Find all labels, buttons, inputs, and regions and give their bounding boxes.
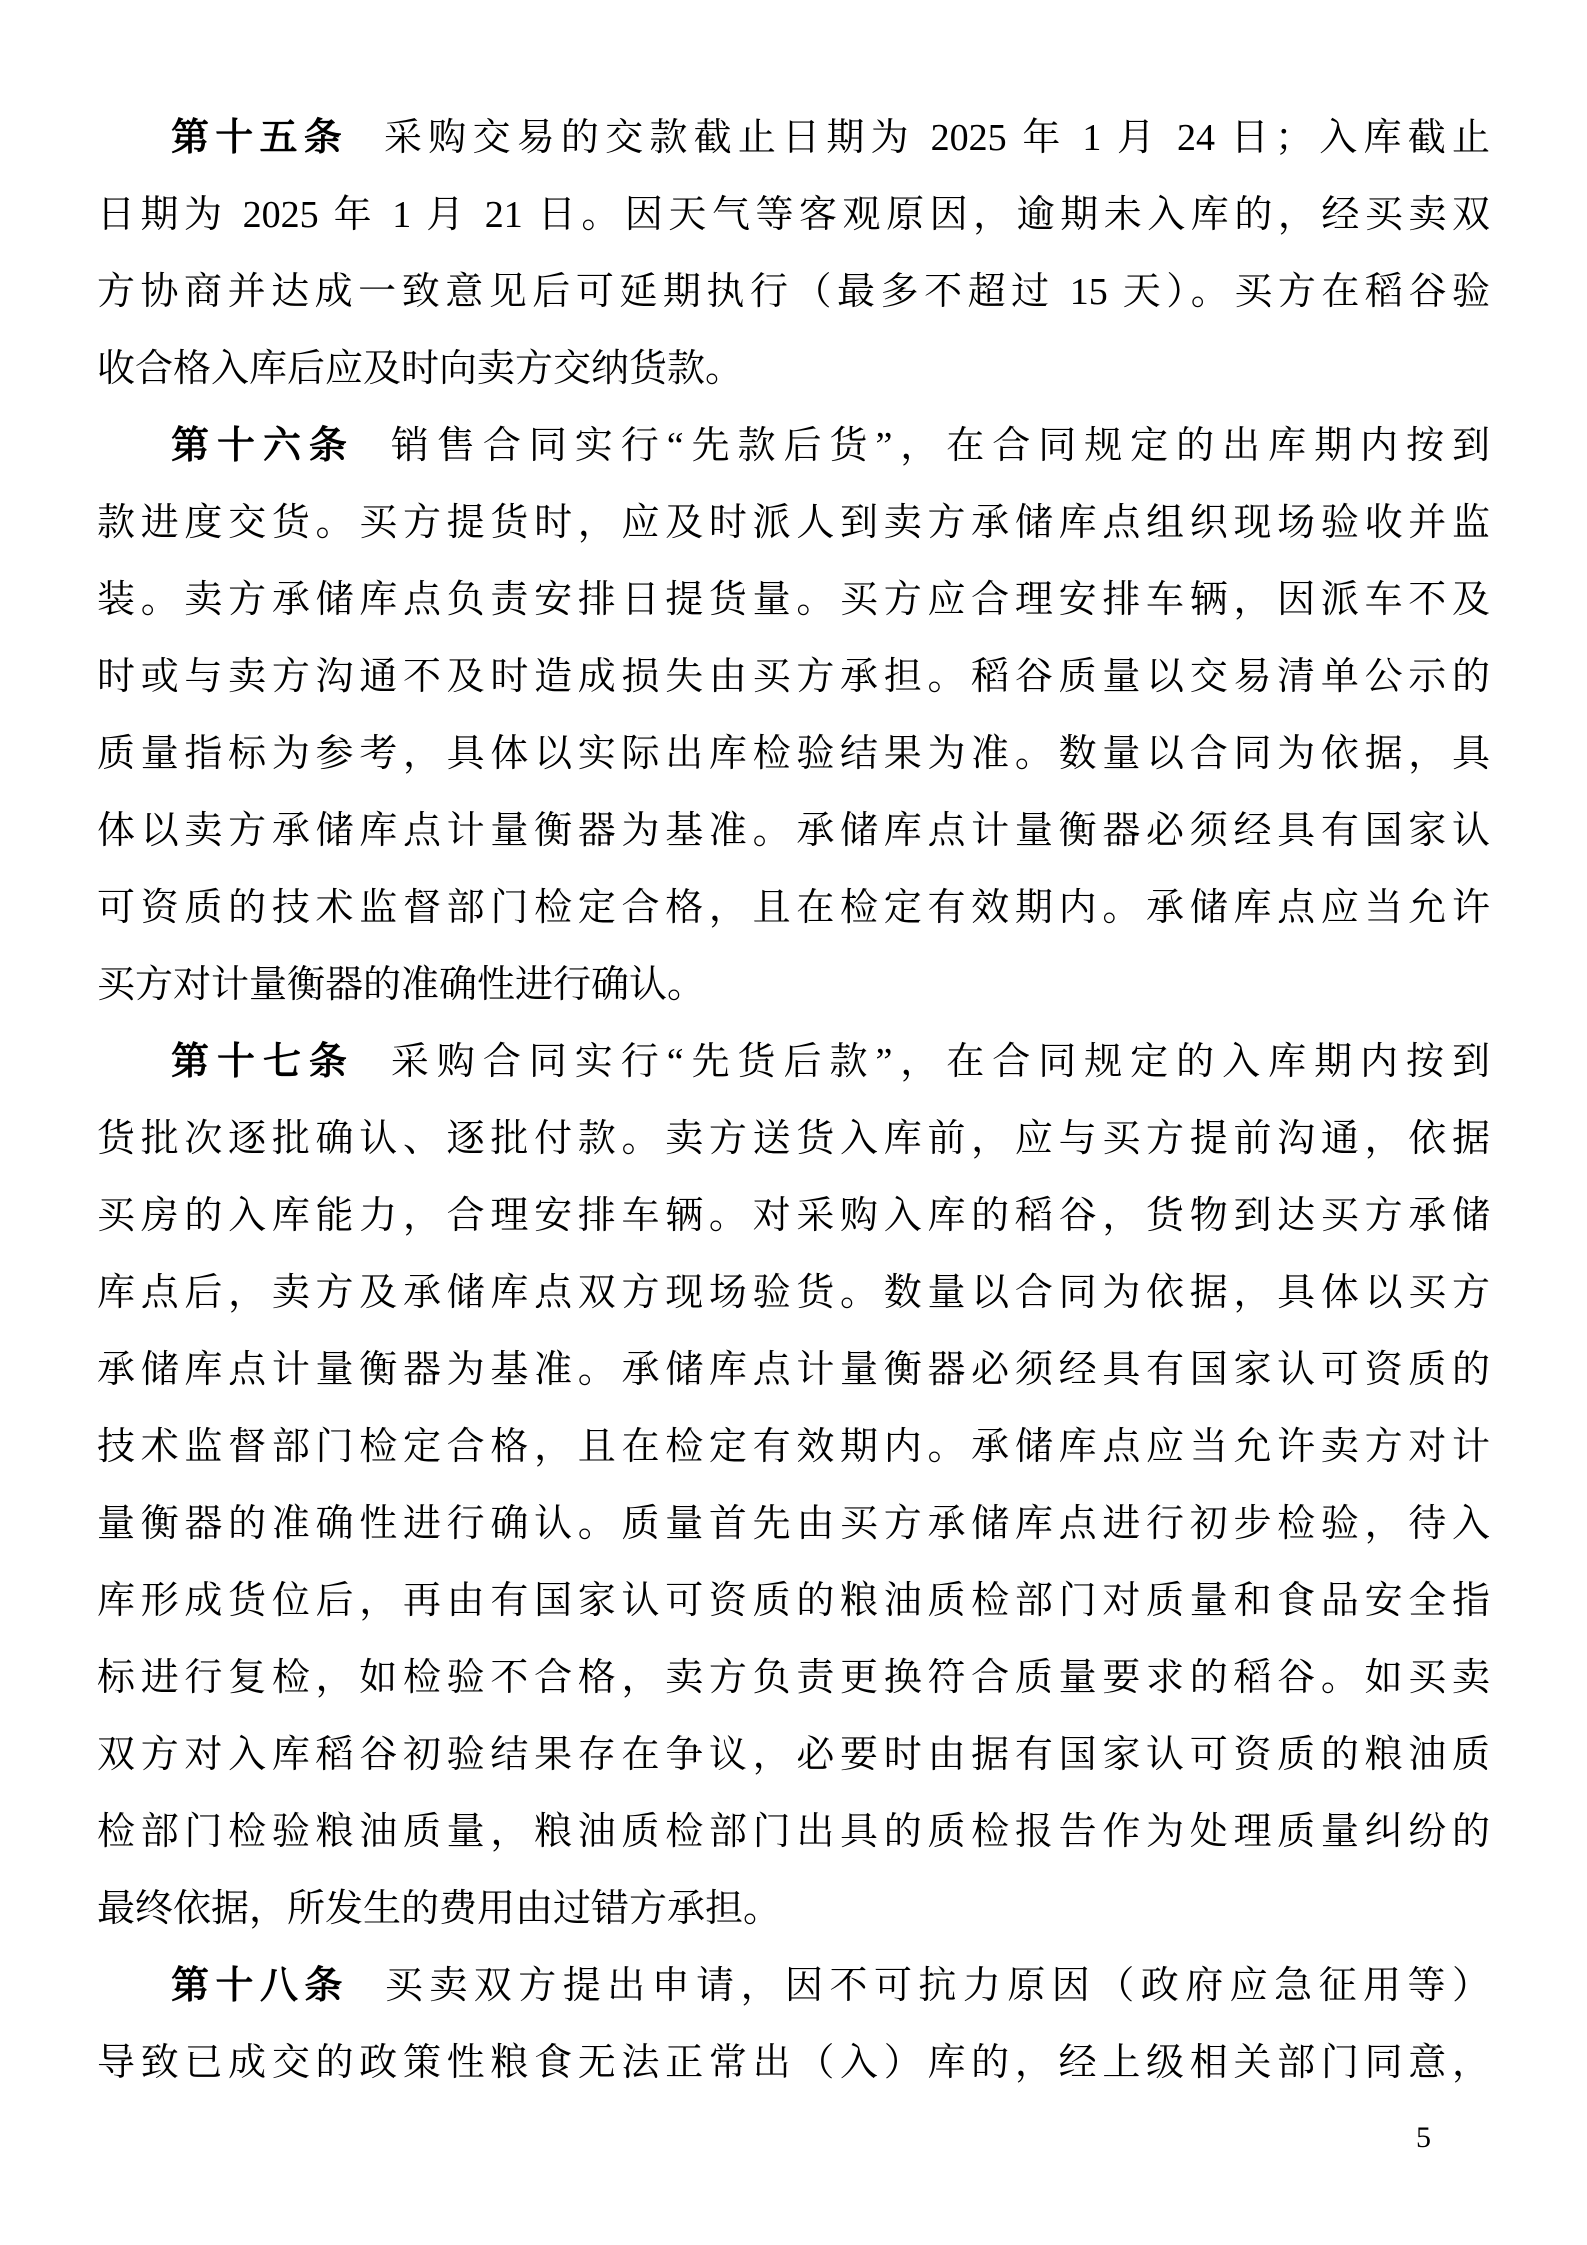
paragraph-line: 第十六条销售合同实行“先款后货”，在合同规定的出库期内按到 — [97, 408, 1490, 485]
article-heading: 第十八条 — [171, 1965, 349, 2007]
paragraph-line: 第十八条买卖双方提出申请，因不可抗力原因（政府应急征用等） — [97, 1948, 1490, 2025]
paragraph-line: 库形成货位后，再由有国家认可资质的粮油质检部门对质量和食品安全指 — [97, 1563, 1490, 1640]
article-heading: 第十六条 — [171, 425, 355, 467]
paragraph-line: 库点后，卖方及承储库点双方现场验货。数量以合同为依据，具体以买方 — [97, 1255, 1490, 1332]
document-body: 第十五条采购交易的交款截止日期为 2025 年 1 月 24 日；入库截止日期为… — [97, 100, 1490, 2102]
article-heading: 第十五条 — [171, 117, 348, 159]
paragraph-line: 款进度交货。买方提货时，应及时派人到卖方承储库点组织现场验收并监 — [97, 485, 1490, 562]
paragraph-line: 收合格入库后应及时向卖方交纳货款。 — [97, 331, 1490, 408]
article-heading: 第十七条 — [171, 1041, 355, 1083]
paragraph-line: 装。卖方承储库点负责安排日提货量。买方应合理安排车辆，因派车不及 — [97, 562, 1490, 639]
paragraph-line: 承储库点计量衡器为基准。承储库点计量衡器必须经具有国家认可资质的 — [97, 1332, 1490, 1409]
paragraph-line: 货批次逐批确认、逐批付款。卖方送货入库前，应与买方提前沟通，依据 — [97, 1101, 1490, 1178]
paragraph-line: 方协商并达成一致意见后可延期执行（最多不超过 15 天）。买方在稻谷验 — [97, 254, 1490, 331]
document-page: 第十五条采购交易的交款截止日期为 2025 年 1 月 24 日；入库截止日期为… — [0, 0, 1587, 2245]
page-number: 5 — [1416, 2120, 1431, 2156]
paragraph-line: 导致已成交的政策性粮食无法正常出（入）库的，经上级相关部门同意， — [97, 2025, 1490, 2102]
paragraph-line: 最终依据，所发生的费用由过错方承担。 — [97, 1871, 1490, 1948]
paragraph-line: 时或与卖方沟通不及时造成损失由买方承担。稻谷质量以交易清单公示的 — [97, 639, 1490, 716]
paragraph-line: 体以卖方承储库点计量衡器为基准。承储库点计量衡器必须经具有国家认 — [97, 793, 1490, 870]
paragraph-line: 第十五条采购交易的交款截止日期为 2025 年 1 月 24 日；入库截止 — [97, 100, 1490, 177]
paragraph-line: 双方对入库稻谷初验结果存在争议，必要时由据有国家认可资质的粮油质 — [97, 1717, 1490, 1794]
paragraph-line: 可资质的技术监督部门检定合格，且在检定有效期内。承储库点应当允许 — [97, 870, 1490, 947]
paragraph-line: 买房的入库能力，合理安排车辆。对采购入库的稻谷，货物到达买方承储 — [97, 1178, 1490, 1255]
paragraph-line: 质量指标为参考，具体以实际出库检验结果为准。数量以合同为依据，具 — [97, 716, 1490, 793]
paragraph-line: 技术监督部门检定合格，且在检定有效期内。承储库点应当允许卖方对计 — [97, 1409, 1490, 1486]
paragraph-line: 买方对计量衡器的准确性进行确认。 — [97, 947, 1490, 1024]
paragraph-line: 检部门检验粮油质量，粮油质检部门出具的质检报告作为处理质量纠纷的 — [97, 1794, 1490, 1871]
paragraph-line: 标进行复检，如检验不合格，卖方负责更换符合质量要求的稻谷。如买卖 — [97, 1640, 1490, 1717]
paragraph-line: 日期为 2025 年 1 月 21 日。因天气等客观原因，逾期未入库的，经买卖双 — [97, 177, 1490, 254]
paragraph-line: 第十七条采购合同实行“先货后款”，在合同规定的入库期内按到 — [97, 1024, 1490, 1101]
paragraph-line: 量衡器的准确性进行确认。质量首先由买方承储库点进行初步检验，待入 — [97, 1486, 1490, 1563]
